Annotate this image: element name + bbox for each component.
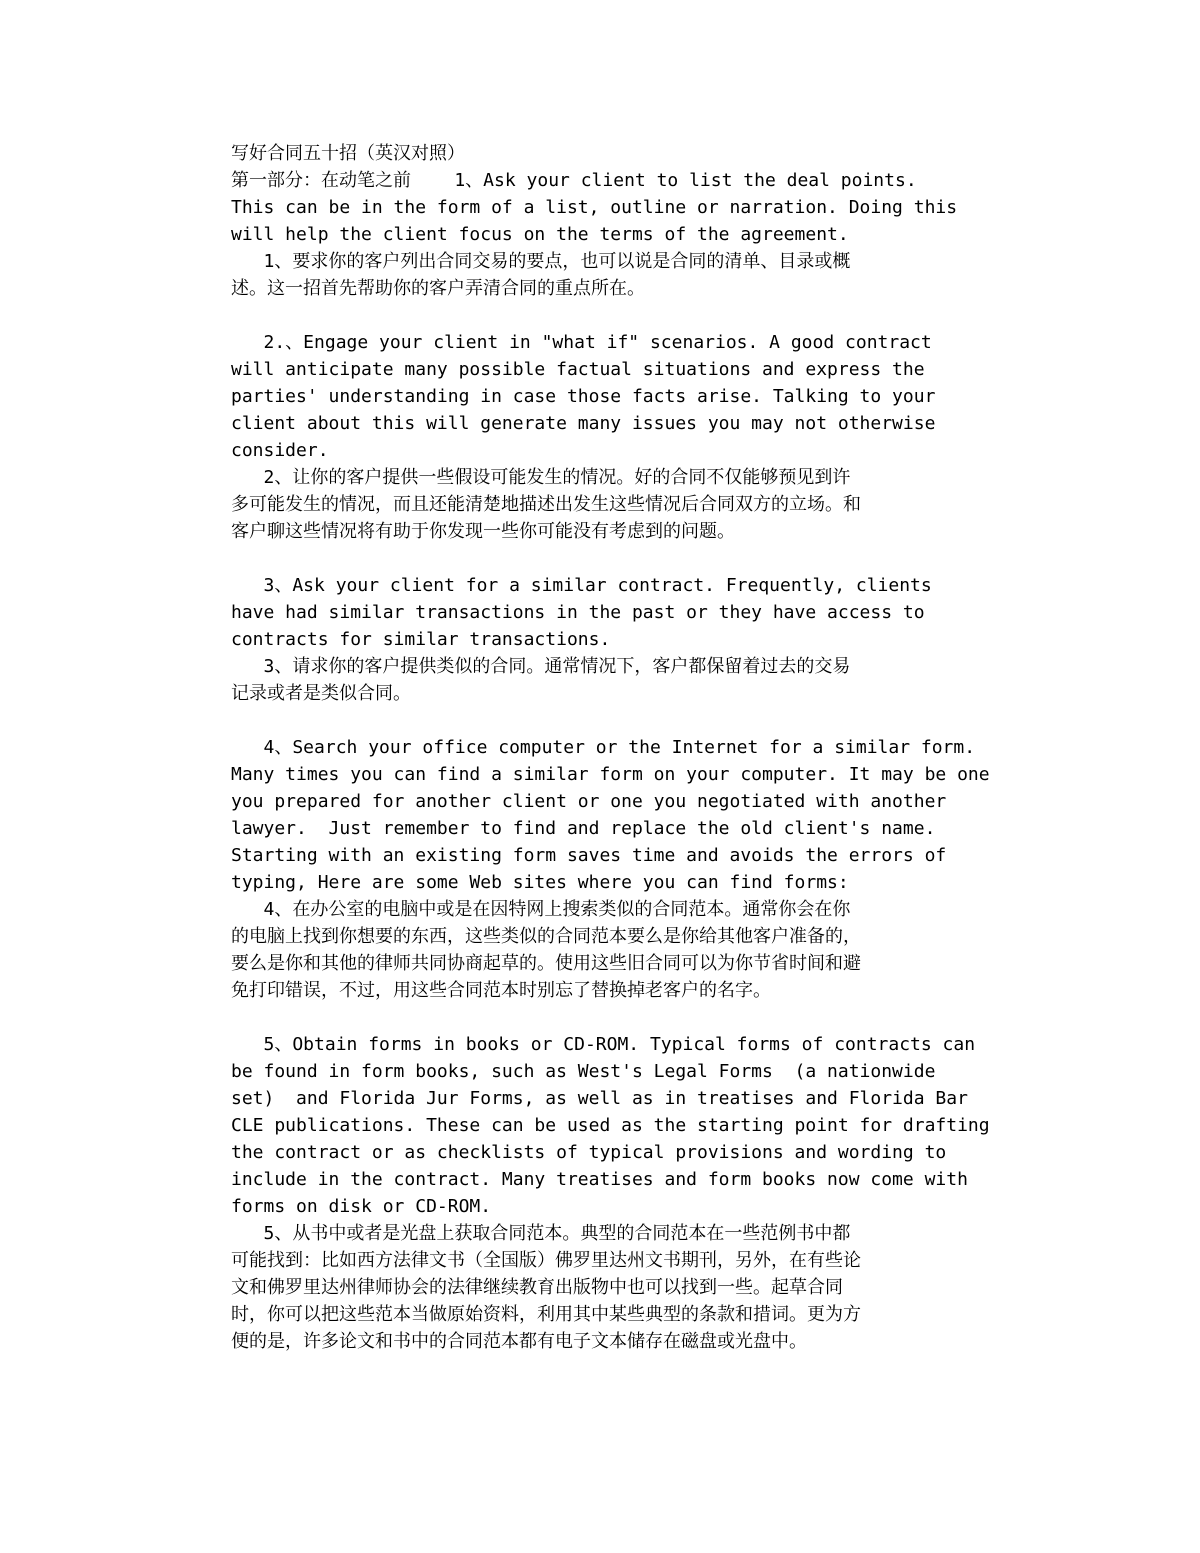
text-line: have had similar transactions in the pas… bbox=[231, 599, 971, 626]
text-line: will anticipate many possible factual si… bbox=[231, 356, 971, 383]
section-3: 3、Ask your client for a similar contract… bbox=[231, 572, 971, 707]
title-and-section-1: 写好合同五十招（英汉对照）第一部分：在动笔之前 1、Ask your clien… bbox=[231, 140, 971, 302]
text-line: 2.、Engage your client in "what if" scena… bbox=[231, 329, 971, 356]
text-line: 多可能发生的情况，而且还能清楚地描述出发生这些情况后合同双方的立场。和 bbox=[231, 491, 971, 518]
text-line: 写好合同五十招（英汉对照） bbox=[231, 140, 971, 167]
text-line: 述。这一招首先帮助你的客户弄清合同的重点所在。 bbox=[231, 275, 971, 302]
text-line: typing, Here are some Web sites where yo… bbox=[231, 869, 971, 896]
text-line: 5、Obtain forms in books or CD-ROM. Typic… bbox=[231, 1031, 971, 1058]
text-line: set) and Florida Jur Forms, as well as i… bbox=[231, 1085, 971, 1112]
text-line: 记录或者是类似合同。 bbox=[231, 680, 971, 707]
text-line: 免打印错误，不过，用这些合同范本时别忘了替换掉老客户的名字。 bbox=[231, 977, 971, 1004]
text-line: 的电脑上找到你想要的东西，这些类似的合同范本要么是你给其他客户准备的， bbox=[231, 923, 971, 950]
text-line: 要么是你和其他的律师共同协商起草的。使用这些旧合同可以为你节省时间和避 bbox=[231, 950, 971, 977]
text-line: contracts for similar transactions. bbox=[231, 626, 971, 653]
text-line: client about this will generate many iss… bbox=[231, 410, 971, 437]
text-line: 4、在办公室的电脑中或是在因特网上搜索类似的合同范本。通常你会在你 bbox=[231, 896, 971, 923]
text-line: This can be in the form of a list, outli… bbox=[231, 194, 971, 221]
text-line: 5、从书中或者是光盘上获取合同范本。典型的合同范本在一些范例书中都 bbox=[231, 1220, 971, 1247]
text-line: CLE publications. These can be used as t… bbox=[231, 1112, 971, 1139]
text-line: 客户聊这些情况将有助于你发现一些你可能没有考虑到的问题。 bbox=[231, 518, 971, 545]
text-line: Many times you can find a similar form o… bbox=[231, 761, 971, 788]
text-line: the contract or as checklists of typical… bbox=[231, 1139, 971, 1166]
text-line: forms on disk or CD-ROM. bbox=[231, 1193, 971, 1220]
text-line: 第一部分：在动笔之前 1、Ask your client to list the… bbox=[231, 167, 971, 194]
text-line: parties' understanding in case those fac… bbox=[231, 383, 971, 410]
text-line: will help the client focus on the terms … bbox=[231, 221, 971, 248]
text-line: 1、要求你的客户列出合同交易的要点，也可以说是合同的清单、目录或概 bbox=[231, 248, 971, 275]
text-line: 2、让你的客户提供一些假设可能发生的情况。好的合同不仅能够预见到许 bbox=[231, 464, 971, 491]
text-line: be found in form books, such as West's L… bbox=[231, 1058, 971, 1085]
text-line: 4、Search your office computer or the Int… bbox=[231, 734, 971, 761]
document-page: 写好合同五十招（英汉对照）第一部分：在动笔之前 1、Ask your clien… bbox=[0, 0, 1200, 1553]
text-line: you prepared for another client or one y… bbox=[231, 788, 971, 815]
text-line: include in the contract. Many treatises … bbox=[231, 1166, 971, 1193]
section-2: 2.、Engage your client in "what if" scena… bbox=[231, 329, 971, 545]
document-body: 写好合同五十招（英汉对照）第一部分：在动笔之前 1、Ask your clien… bbox=[231, 140, 971, 1355]
text-line: consider. bbox=[231, 437, 971, 464]
text-line: Starting with an existing form saves tim… bbox=[231, 842, 971, 869]
text-line: 3、Ask your client for a similar contract… bbox=[231, 572, 971, 599]
text-line: lawyer. Just remember to find and replac… bbox=[231, 815, 971, 842]
text-line: 文和佛罗里达州律师协会的法律继续教育出版物中也可以找到一些。起草合同 bbox=[231, 1274, 971, 1301]
text-line: 便的是，许多论文和书中的合同范本都有电子文本储存在磁盘或光盘中。 bbox=[231, 1328, 971, 1355]
text-line: 3、请求你的客户提供类似的合同。通常情况下，客户都保留着过去的交易 bbox=[231, 653, 971, 680]
section-5: 5、Obtain forms in books or CD-ROM. Typic… bbox=[231, 1031, 971, 1355]
section-4: 4、Search your office computer or the Int… bbox=[231, 734, 971, 1004]
text-line: 可能找到：比如西方法律文书（全国版）佛罗里达州文书期刊，另外，在有些论 bbox=[231, 1247, 971, 1274]
text-line: 时，你可以把这些范本当做原始资料，利用其中某些典型的条款和措词。更为方 bbox=[231, 1301, 971, 1328]
